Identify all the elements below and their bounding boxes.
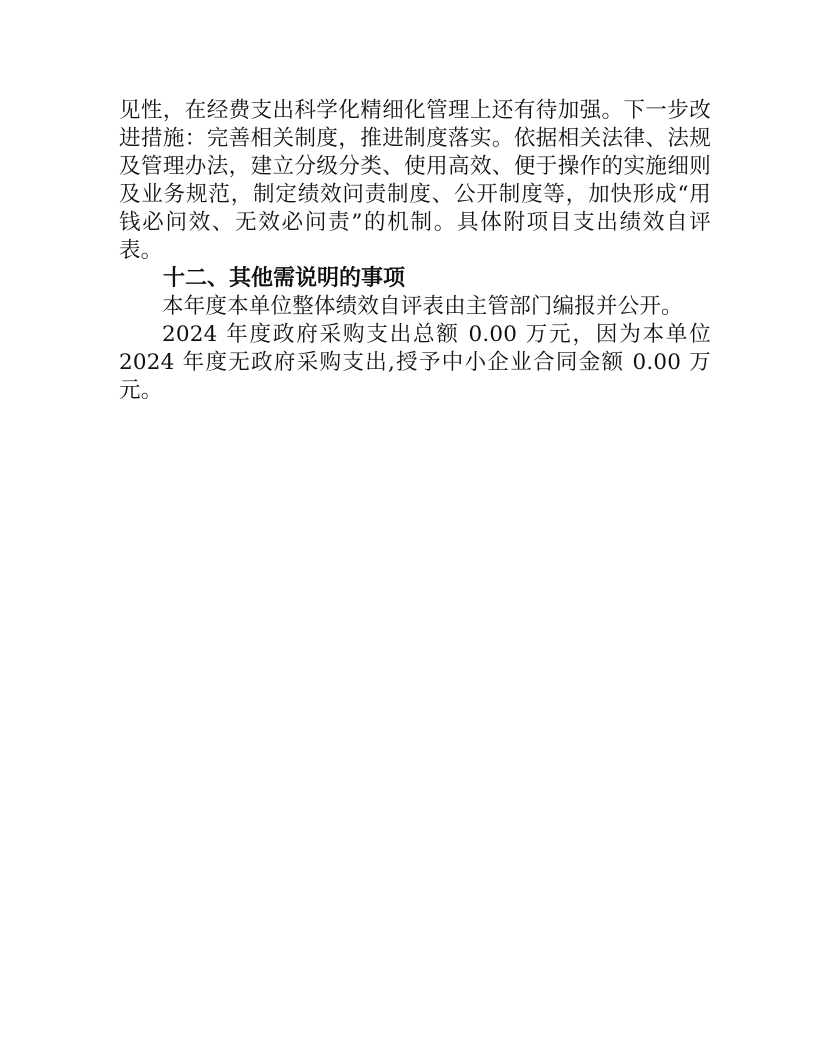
section-heading: 十二、其他需说明的事项 bbox=[119, 265, 711, 293]
paragraph-self-eval-publication: 本年度本单位整体绩效自评表由主管部门编报并公开。 bbox=[119, 293, 711, 321]
paragraph-continuation: 见性，在经费支出科学化精细化管理上还有待加强。下一步改进措施：完善相关制度，推进… bbox=[119, 97, 711, 265]
document-page: 见性，在经费支出科学化精细化管理上还有待加强。下一步改进措施：完善相关制度，推进… bbox=[0, 0, 816, 1056]
page-text-block: 见性，在经费支出科学化精细化管理上还有待加强。下一步改进措施：完善相关制度，推进… bbox=[119, 97, 711, 405]
paragraph-procurement-amounts: 2024 年度政府采购支出总额 0.00 万元，因为本单位 2024 年度无政府… bbox=[119, 321, 711, 405]
